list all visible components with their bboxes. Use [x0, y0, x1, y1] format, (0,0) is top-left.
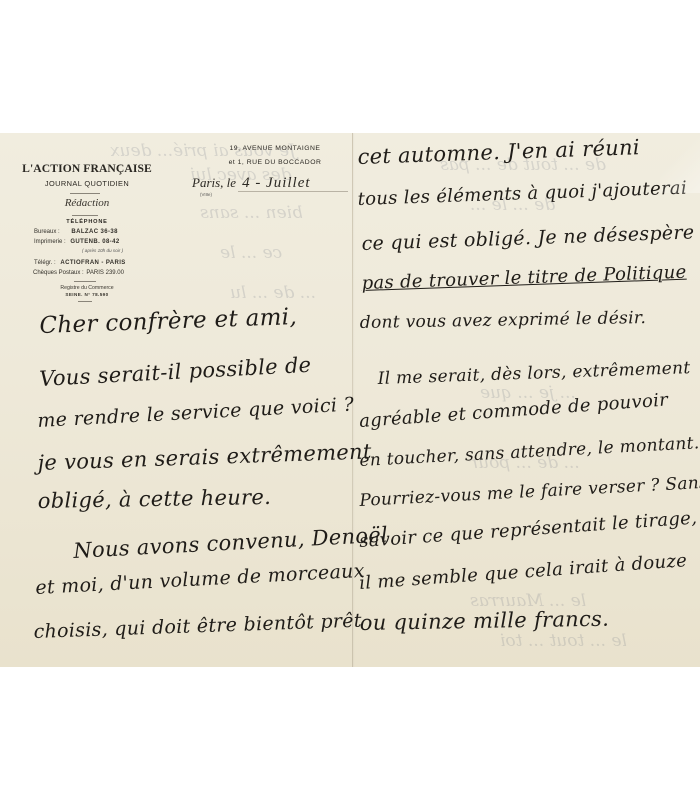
telegraph-label: Télégr. :	[34, 260, 56, 266]
divider	[70, 193, 100, 194]
handwritten-line: savoir ce que représentait le tirage,	[359, 507, 698, 552]
cheques-row: Chèques Postaux : PARIS 239.00	[33, 270, 124, 276]
cheques-label: Chèques Postaux :	[33, 270, 84, 276]
phone-number: GUTENB. 08-42	[70, 239, 119, 245]
registre-line-1: Registre du Commerce	[22, 285, 152, 291]
cheques-number: PARIS 239.00	[86, 270, 124, 276]
handwritten-line: ce qui est obligé. Je ne désespère	[361, 221, 694, 255]
registre-line-2: SEINE. N° 78.590	[22, 292, 152, 297]
phone-number: BALZAC 36-38	[71, 229, 117, 235]
telegraph-address: ACTIOFRAN - PARIS	[60, 260, 125, 266]
handwritten-line: pas de trouver le titre de Politique	[361, 262, 687, 294]
newspaper-title: L'ACTION FRANÇAISE	[22, 162, 152, 175]
letter-paper: Je vous ai prié... deux des avec lui bie…	[0, 133, 700, 667]
arrondissement: (VIIIe)	[200, 192, 212, 197]
show-through-text: le ... tout ... toi	[500, 631, 627, 651]
show-through-text: ... de ... lu	[230, 283, 316, 303]
telegraph-row: Télégr. : ACTIOFRAN - PARIS	[34, 260, 126, 266]
show-through-text: bien ... sans	[200, 203, 303, 223]
address-line-2: et 1, RUE DU BOCCADOR	[210, 159, 340, 166]
place-printed: Paris, le	[192, 175, 236, 190]
newspaper-subtitle: JOURNAL QUOTIDIEN	[22, 179, 152, 188]
phone-row-bureaux: Bureaux : BALZAC 36-38	[34, 229, 118, 235]
place-date-line: Paris, le4 - Juillet	[192, 175, 311, 192]
handwritten-line: Nous avons convenu, Denoël	[73, 523, 389, 563]
phone-label: Bureaux :	[34, 229, 60, 235]
divider	[78, 301, 92, 302]
handwritten-line: Vous serait-il possible de	[39, 353, 312, 391]
telephone-heading: TÉLÉPHONE	[22, 219, 152, 225]
salutation-line: Cher confrère et ami,	[39, 304, 297, 339]
department-label: Rédaction	[22, 197, 152, 209]
divider	[72, 215, 98, 216]
address-line-1: 19, AVENUE MONTAIGNE	[210, 145, 340, 152]
phone-note: ( après 10h du soir )	[82, 248, 123, 253]
divider	[74, 281, 96, 282]
phone-label: Imprimerie :	[34, 239, 66, 245]
handwritten-line: et moi, d'un volume de morceaux	[35, 560, 365, 599]
handwritten-line: je vous en serais extrêmement	[37, 439, 372, 475]
handwritten-date: 4 - Juillet	[242, 175, 310, 191]
handwritten-line: choisis, qui doit être bientôt prêt	[33, 610, 362, 643]
handwritten-line: Pourriez-vous me le faire verser ? Sans	[359, 473, 700, 511]
phone-row-imprimerie: Imprimerie : GUTENB. 08-42	[34, 239, 120, 245]
handwritten-line: obligé, à cette heure.	[38, 485, 272, 513]
underlined-title: pas de trouver le titre de Politique	[361, 262, 687, 294]
handwritten-line: ou quinze mille francs.	[360, 607, 610, 635]
date-rule	[238, 191, 348, 192]
handwritten-line: dont vous avez exprimé le désir.	[360, 308, 647, 333]
handwritten-line: il me semble que cela irait à douze	[359, 550, 688, 594]
handwritten-line: me rendre le service que voici ?	[37, 393, 355, 432]
show-through-text: ce ... le	[220, 243, 282, 263]
